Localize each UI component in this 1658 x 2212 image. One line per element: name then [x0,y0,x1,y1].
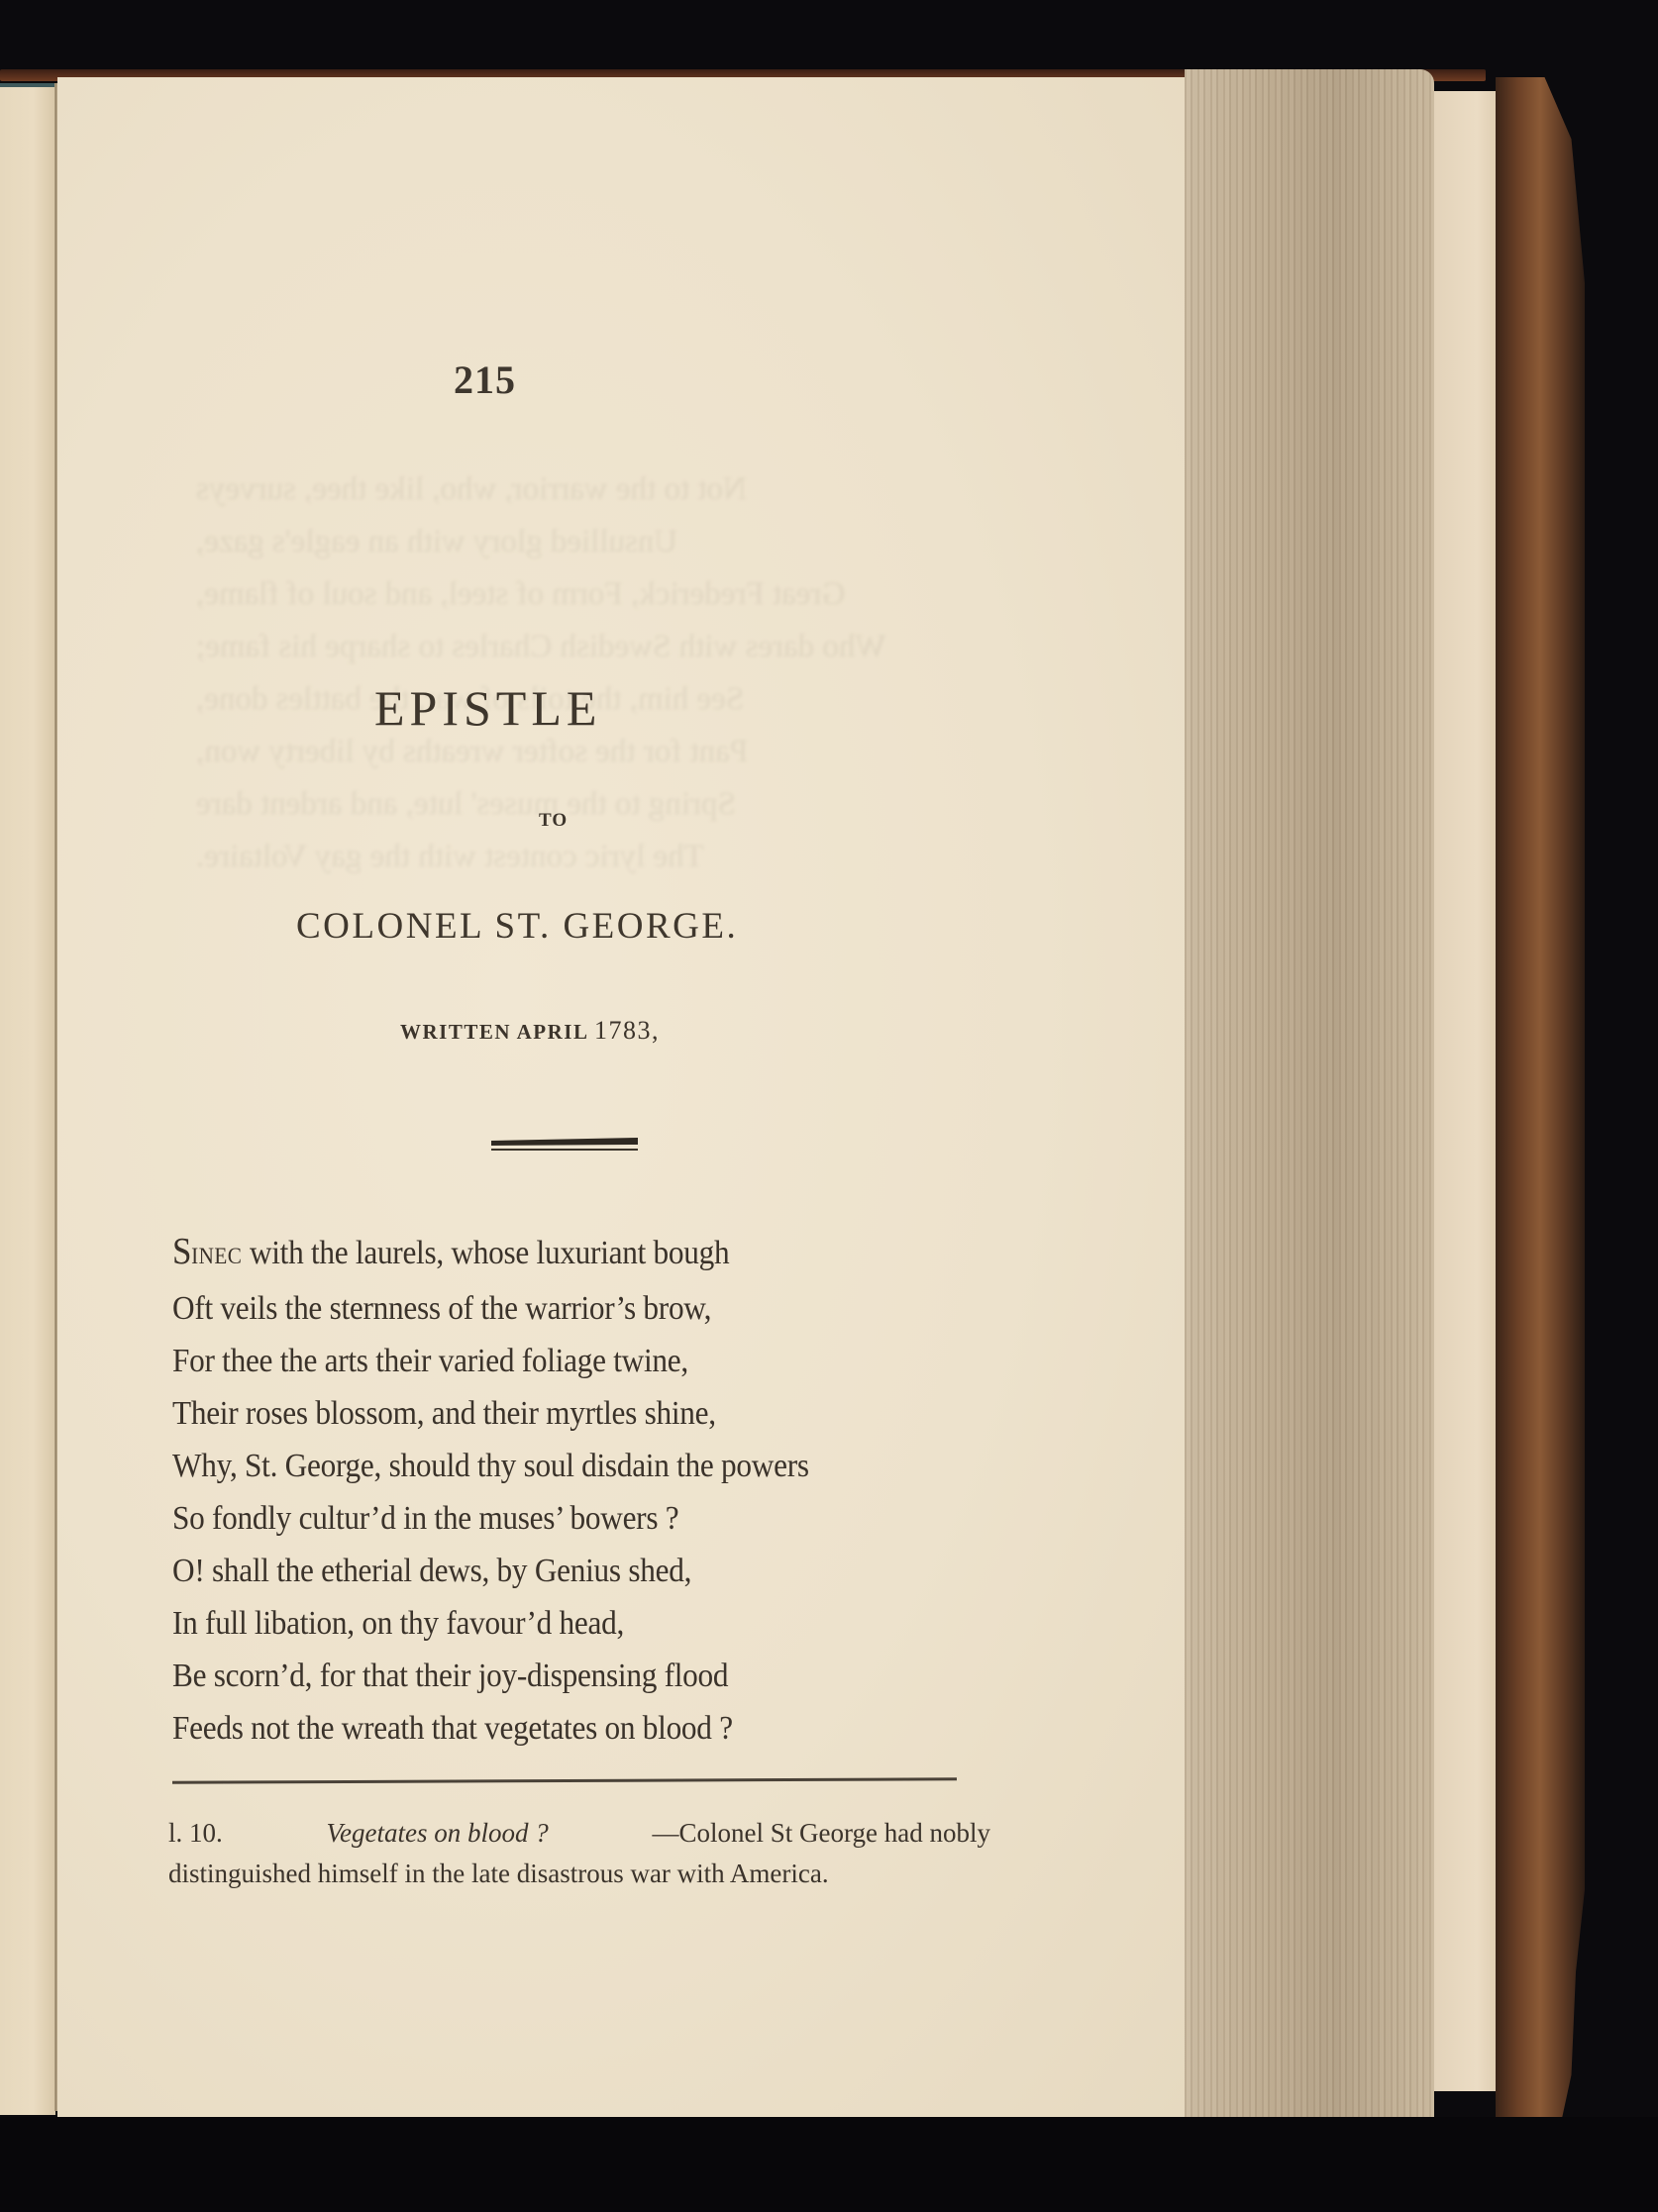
footnote-text: —Colonel St George had nobly [653,1813,990,1854]
drop-cap: S [172,1231,191,1272]
poem-line: So fondly cultur’d in the muses’ bowers … [172,1492,809,1545]
written-year: 1783, [594,1016,660,1045]
poem-line: For thee the arts their varied foliage t… [172,1335,809,1387]
left-facing-page-edge [0,83,55,2115]
poem-line-text: with the laurels, whose luxuriant bough [242,1235,729,1271]
small-caps: INEC [191,1244,242,1268]
book-page: Not to the warrior, who, like thee, surv… [57,77,1187,2119]
poem-subtitle: COLONEL ST. GEORGE. [296,905,738,948]
footnote-line: l. 10. Vegetates on blood ? —Colonel St … [168,1813,990,1854]
poem-line: Their roses blossom, and their myrtles s… [172,1387,809,1440]
leather-cover-edge [1496,77,1585,2137]
page-text: 215 EPISTLE TO COLONEL ST. GEORGE. WRITT… [57,77,1187,2119]
fore-edge-page-stack [1185,69,1434,2119]
book-photo-scene: Not to the warrior, who, like thee, surv… [0,0,1658,2212]
poem-line: SINEC with the laurels, whose luxuriant … [172,1226,809,1282]
background-shadow [0,2117,1658,2212]
poem-line: O! shall the etherial dews, by Genius sh… [172,1545,809,1597]
title-to: TO [539,810,568,832]
written-label: WRITTEN APRIL [400,1020,587,1044]
footnote-italic: Vegetates on blood ? [327,1813,549,1854]
footnote: l. 10. Vegetates on blood ? —Colonel St … [168,1813,990,1894]
poem-line: In full libation, on thy favour’d head, [172,1597,809,1650]
written-date: WRITTEN APRIL 1783, [400,1016,660,1046]
poem-line: Why, St. George, should thy soul disdain… [172,1440,809,1492]
poem-line: Be scorn’d, for that their joy-dispensin… [172,1650,809,1702]
footnote-divider [172,1777,957,1783]
footnote-ref: l. 10. [168,1813,223,1854]
footnote-line: distinguished himself in the late disast… [168,1854,990,1894]
page-number: 215 [454,356,516,403]
poem-line: Feeds not the wreath that vegetates on b… [172,1702,809,1755]
poem-body: SINEC with the laurels, whose luxuriant … [172,1226,865,1755]
poem-title: EPISTLE [374,679,601,737]
page-gutter [54,83,57,2111]
title-ornament-rule [489,1135,640,1155]
poem-line: Oft veils the sternness of the warrior’s… [172,1282,809,1335]
